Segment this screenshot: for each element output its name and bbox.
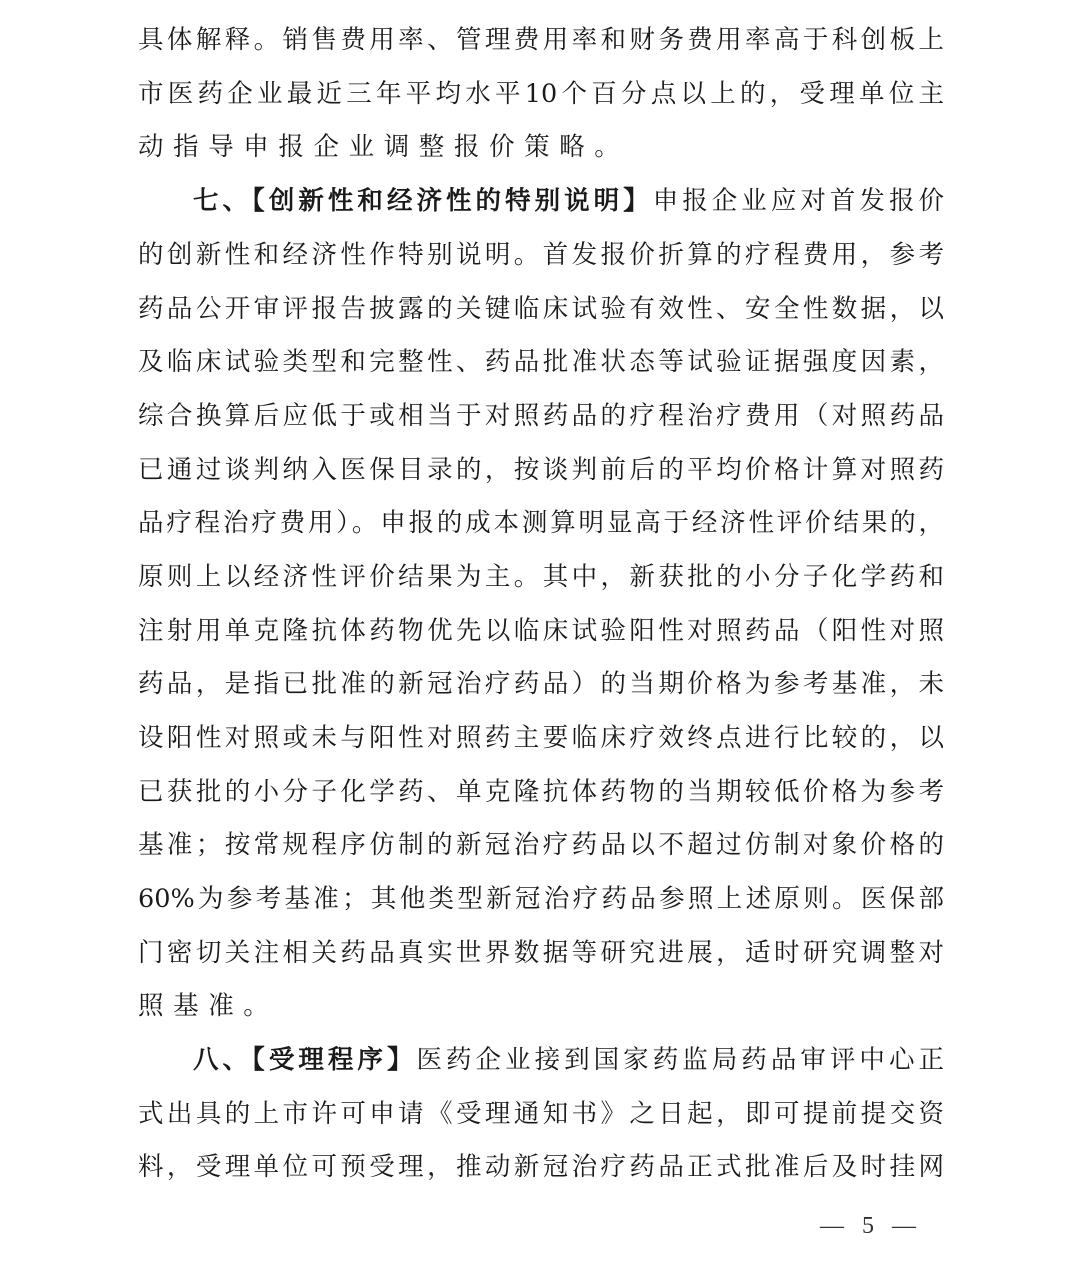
body-line: 具体解释。销售费用率、管理费用率和财务费用率高于科创板上 [138, 24, 944, 56]
body-line: 的创新性和经济性作特别说明。首发报价折算的疗程费用，参考 [138, 239, 944, 271]
section-eight-line: 八、【受理程序】医药企业接到国家药监局药品审评中心正 [193, 1044, 944, 1076]
body-line: 料，受理单位可预受理，推动新冠治疗药品正式批准后及时挂网 [138, 1151, 944, 1183]
page-number: — 5 — [820, 1213, 922, 1240]
body-line: 注射用单克隆抗体药物优先以临床试验阳性对照药品（阳性对照 [138, 615, 944, 647]
body-line: 门密切关注相关药品真实世界数据等研究进展，适时研究调整对 [138, 937, 944, 969]
section-seven-line: 七、【创新性和经济性的特别说明】申报企业应对首发报价 [193, 185, 944, 217]
section-seven-text: 申报企业应对首发报价 [653, 186, 944, 216]
body-line: 已获批的小分子化学药、单克隆抗体药物的当期较低价格为参考 [138, 776, 944, 808]
body-line: 60%为参考基准；其他类型新冠治疗药品参照上述原则。医保部 [138, 883, 944, 915]
body-line: 市医药企业最近三年平均水平10个百分点以上的，受理单位主 [138, 78, 944, 110]
body-line: 及临床试验类型和完整性、药品批准状态等试验证据强度因素， [138, 346, 944, 378]
body-line: 基准；按常规程序仿制的新冠治疗药品以不超过仿制对象价格的 [138, 829, 944, 861]
body-line: 综合换算后应低于或相当于对照药品的疗程治疗费用（对照药品 [138, 400, 944, 432]
document-page: 具体解释。销售费用率、管理费用率和财务费用率高于科创板上 市医药企业最近三年平均… [0, 0, 1080, 1261]
section-heading-eight: 八、【受理程序】 [193, 1045, 416, 1075]
body-line: 式出具的上市许可申请《受理通知书》之日起，即可提前提交资 [138, 1098, 944, 1130]
body-line: 照基准。 [138, 990, 944, 1022]
body-line: 品疗程治疗费用）。申报的成本测算明显高于经济性评价结果的， [138, 507, 944, 539]
body-line: 药品公开审评报告披露的关键临床试验有效性、安全性数据，以 [138, 293, 944, 325]
body-line: 设阳性对照或未与阳性对照药主要临床疗效终点进行比较的，以 [138, 722, 944, 754]
body-line: 原则上以经济性评价结果为主。其中，新获批的小分子化学药和 [138, 561, 944, 593]
section-heading-seven: 七、【创新性和经济性的特别说明】 [193, 186, 653, 216]
section-eight-text: 医药企业接到国家药监局药品审评中心正 [416, 1045, 944, 1075]
body-line: 药品，是指已批准的新冠治疗药品）的当期价格为参考基准，未 [138, 668, 944, 700]
body-line: 已通过谈判纳入医保目录的，按谈判前后的平均价格计算对照药 [138, 454, 944, 486]
body-line: 动指导申报企业调整报价策略。 [138, 131, 944, 163]
